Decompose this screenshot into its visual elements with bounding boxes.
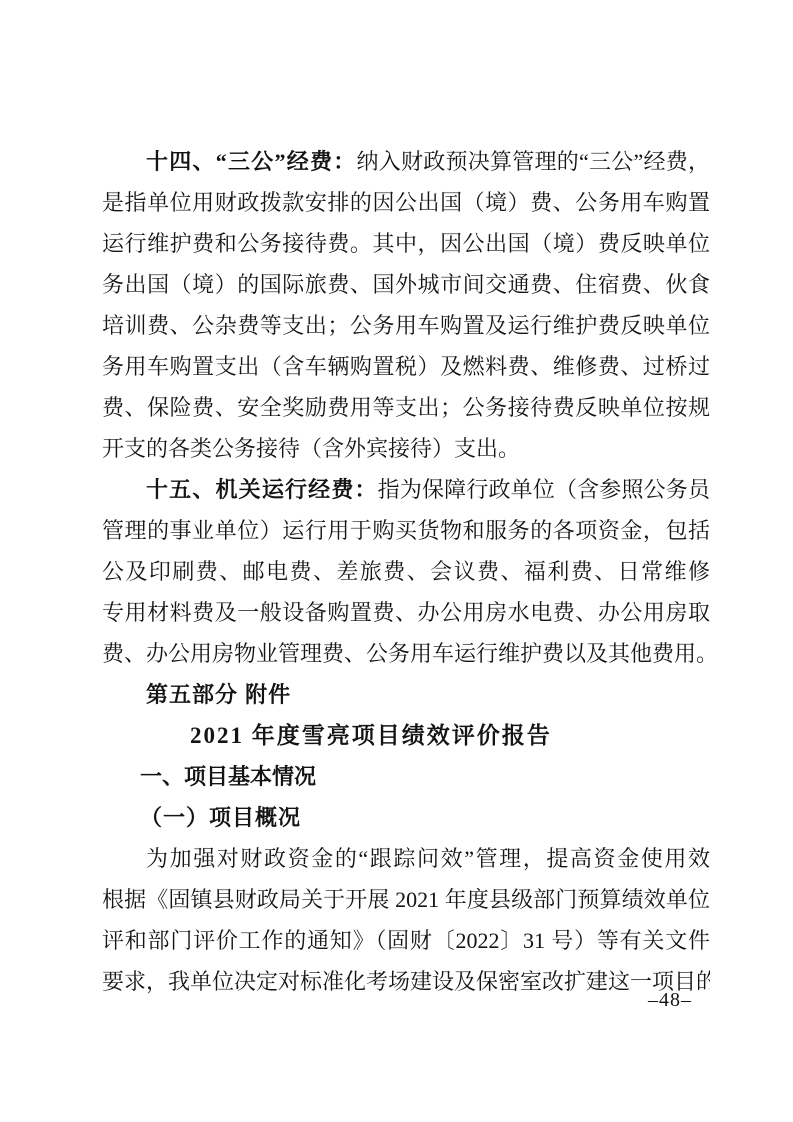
section1-heading: 一、项目基本情况 [102,756,710,797]
text-line: 培训费、公杂费等支出；公务用车购置及运行维护费反映单位公 [102,305,710,346]
paragraph-15-first-line: 十五、机关运行经费：指为保障行政单位（含参照公务员法 [102,469,710,510]
part5-heading: 第五部分 附件 [102,674,710,715]
page-number: –48– [648,987,692,1013]
paragraph-14-lead: 十四、“三公”经费： [146,149,356,174]
paragraph-14-first-line: 十四、“三公”经费：纳入财政预决算管理的“三公”经费， [102,141,710,182]
text-line: 务出国（境）的国际旅费、国外城市间交通费、住宿费、伙食费、 [102,264,710,305]
text-line: 是指单位用财政拨款安排的因公出国（境）费、公务用车购置及 [102,182,710,223]
text-line: 管理的事业单位）运行用于购买货物和服务的各项资金，包括办 [102,510,710,551]
text-line: 专用材料费及一般设备购置费、办公用房水电费、办公用房取暖 [102,592,710,633]
text-line: 为加强对财政资金的“跟踪问效”管理，提高资金使用效益， [102,838,710,879]
text-line: 费、保险费、安全奖励费用等支出；公务接待费反映单位按规定 [102,387,710,428]
text-block: 十四、“三公”经费：纳入财政预决算管理的“三公”经费， 是指单位用财政拨款安排的… [102,141,710,1002]
text-line: 费、办公用房物业管理费、公务用车运行维护费以及其他费用。 [102,633,710,674]
text-line: 开支的各类公务接待（含外宾接待）支出。 [102,428,710,469]
text-line: 公及印刷费、邮电费、差旅费、会议费、福利费、日常维修费、 [102,551,710,592]
text-line: 要求，我单位决定对标准化考场建设及保密室改扩建这一项目的 [102,961,710,1002]
text-line: 务用车购置支出（含车辆购置税）及燃料费、维修费、过桥过路 [102,346,710,387]
report-title: 2021 年度雪亮项目绩效评价报告 [102,715,710,756]
text-line: 运行维护费和公务接待费。其中，因公出国（境）费反映单位公 [102,223,710,264]
paragraph-14-first-rest: 纳入财政预决算管理的“三公”经费， [356,149,710,174]
document-page: 十四、“三公”经费：纳入财政预决算管理的“三公”经费， 是指单位用财政拨款安排的… [0,0,793,1122]
text-line: 根据《固镇县财政局关于开展 2021 年度县级部门预算绩效单位自 [102,879,710,920]
text-line: 评和部门评价工作的通知》（固财〔2022〕31 号）等有关文件的 [102,920,710,961]
paragraph-15-lead: 十五、机关运行经费： [146,477,378,502]
section1-sub-heading: （一）项目概况 [102,797,710,838]
